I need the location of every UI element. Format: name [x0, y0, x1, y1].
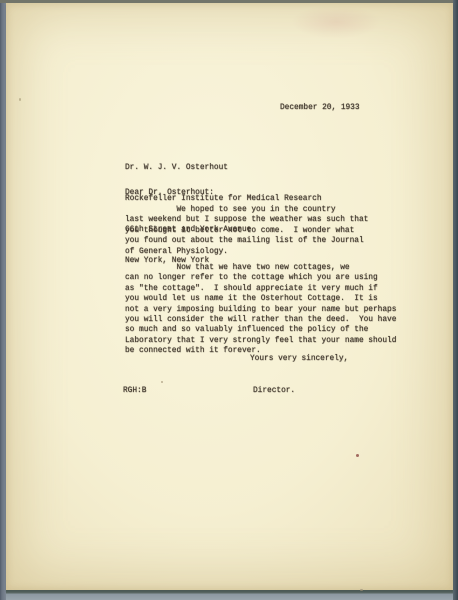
body-paragraph-1: We hoped to see you in the country last …: [125, 205, 368, 257]
letter-date: December 20, 1933: [280, 103, 360, 113]
body-paragraph-2: Now that we have two new cottages, we ca…: [125, 263, 396, 357]
paper-smudge: [291, 5, 381, 39]
scan-edge-right: [453, 0, 458, 600]
typist-initials: RGH:B: [123, 386, 146, 396]
paper-speck: [19, 98, 21, 101]
paper-speck: [161, 381, 163, 383]
scan-edge-bottom: [0, 590, 458, 600]
salutation: Dear Dr. Osterhout:: [125, 188, 214, 198]
paper-speck: [356, 454, 359, 457]
signature-title: Director.: [253, 386, 295, 396]
recipient-name: Dr. W. J. V. Osterhout: [125, 163, 322, 173]
scanned-letter-background: December 20, 1933 Dr. W. J. V. Osterhout…: [0, 0, 458, 600]
paper-speck: [360, 589, 363, 591]
closing-line: Yours very sincerely,: [250, 354, 348, 364]
